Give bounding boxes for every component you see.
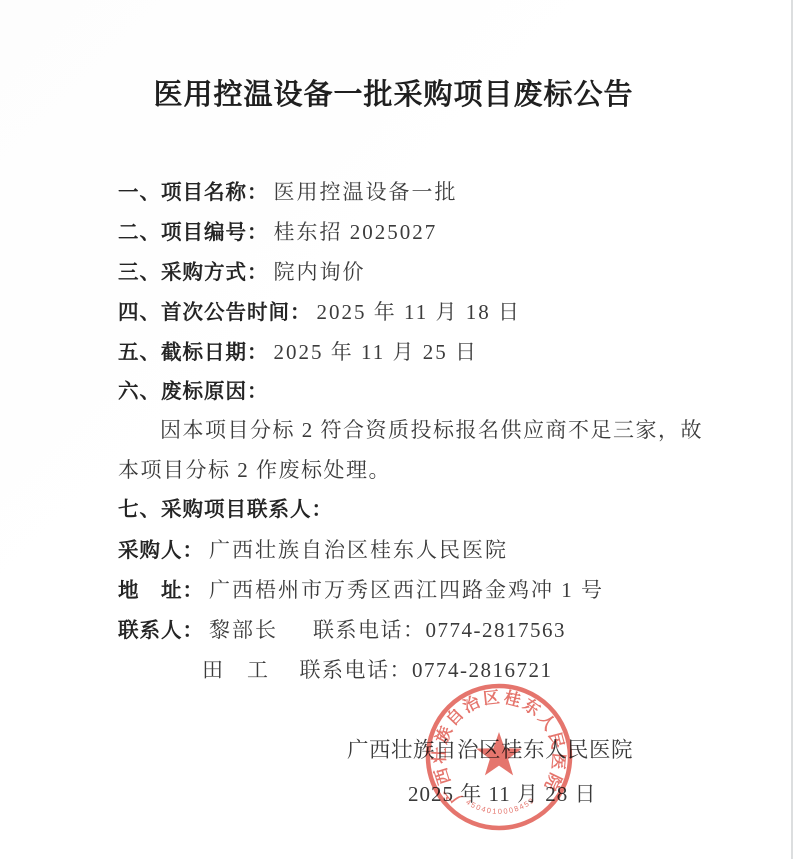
item-label: 三、采购方式： [118, 261, 269, 284]
item-value: 院内询价 [274, 260, 366, 284]
item-row-bid-deadline: 五、截标日期：2025 年 11 月 25 日 [118, 332, 690, 372]
document-title: 医用控温设备一批采购项目废标公告 [0, 72, 791, 113]
contact-heading: 七、采购项目联系人： [118, 498, 333, 521]
contact-person2-phone: 0774-2816721 [412, 658, 553, 682]
document-body: 一、项目名称：医用控温设备一批 二、项目编号：桂东招 2025027 三、采购方… [118, 172, 690, 690]
item-label: 五、截标日期： [118, 341, 269, 364]
seal-code-label-text: 4504010008459 [464, 795, 536, 816]
phone-label: 联系电话： [300, 658, 413, 682]
phone-label: 联系电话： [313, 618, 426, 642]
item-value: 桂东招 2025027 [274, 220, 438, 244]
contact-person1-phone: 0774-2817563 [426, 618, 567, 642]
contact-heading-row: 七、采购项目联系人： [118, 490, 690, 530]
contact-person-label: 联系人： [118, 619, 204, 642]
item-row-first-announcement-date: 四、首次公告时间：2025 年 11 月 18 日 [118, 292, 690, 332]
item-label: 六、废标原因： [118, 380, 269, 403]
seal-star-icon [476, 732, 522, 775]
contact-person1-row: 联系人：黎部长联系电话：0774-2817563 [118, 610, 690, 650]
address-value: 广西梧州市万秀区西江四路金鸡冲 1 号 [209, 578, 604, 602]
item-row-cancellation-reason: 六、废标原因： [118, 372, 690, 412]
item-row-project-name: 一、项目名称：医用控温设备一批 [118, 172, 690, 212]
scan-page-edge [791, 0, 793, 859]
buyer-label: 采购人： [118, 539, 204, 562]
seal-code-label: 4504010008459 [464, 795, 536, 816]
contact-person1-name: 黎部长 [209, 618, 278, 642]
address-label: 地 址： [118, 579, 204, 602]
reason-paragraph: 因本项目分标 2 符合资质投标报名供应商不足三家，故 本项目分标 2 作废标处理… [118, 410, 690, 490]
item-label: 二、项目编号： [118, 221, 269, 244]
item-value: 2025 年 11 月 18 日 [317, 300, 521, 324]
document-page: 医用控温设备一批采购项目废标公告 一、项目名称：医用控温设备一批 二、项目编号：… [0, 0, 795, 859]
item-label: 四、首次公告时间： [118, 301, 312, 324]
buyer-row: 采购人：广西壮族自治区桂东人民医院 [118, 530, 690, 570]
contact-person2-row: 田 工联系电话：0774-2816721 [118, 650, 690, 690]
item-value: 医用控温设备一批 [274, 180, 458, 204]
item-row-project-number: 二、项目编号：桂东招 2025027 [118, 212, 690, 252]
item-value: 2025 年 11 月 25 日 [274, 340, 478, 364]
item-row-procurement-method: 三、采购方式：院内询价 [118, 252, 690, 292]
address-row: 地 址：广西梧州市万秀区西江四路金鸡冲 1 号 [118, 570, 690, 610]
contact-person2-name: 田 工 [202, 658, 270, 682]
item-label: 一、项目名称： [118, 181, 269, 204]
buyer-value: 广西壮族自治区桂东人民医院 [209, 538, 508, 562]
reason-line: 因本项目分标 2 符合资质投标报名供应商不足三家，故 [118, 410, 690, 450]
official-seal: 广西壮族自治区桂东人民医院 4504010008459 [424, 682, 574, 832]
reason-line: 本项目分标 2 作废标处理。 [118, 450, 690, 490]
